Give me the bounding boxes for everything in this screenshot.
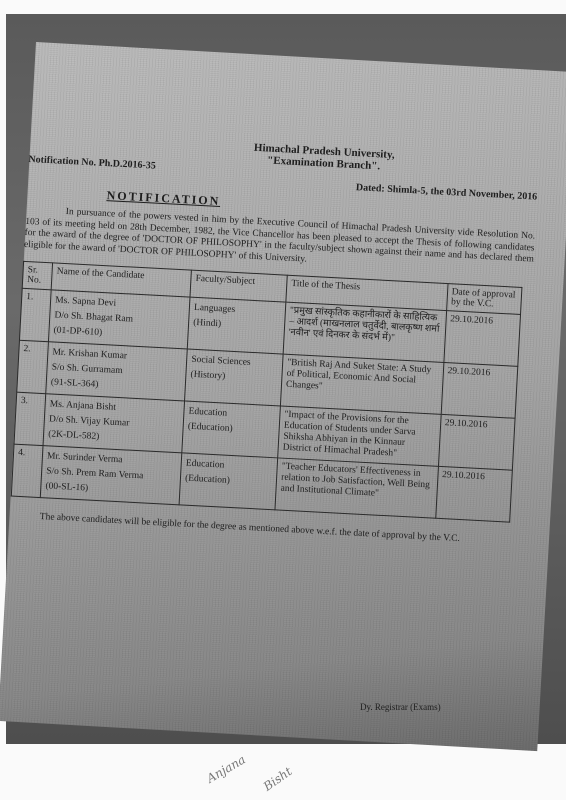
approval-date: 29.10.2016 bbox=[441, 362, 518, 418]
thesis-title: "Teacher Educators' Effectiveness in rel… bbox=[275, 458, 438, 518]
approval-date: 29.10.2016 bbox=[438, 414, 515, 470]
header-sr-no: Sr. No. bbox=[22, 261, 52, 289]
thesis-title: "प्रमुख सांस्कृतिक कहानीकारों के साहित्य… bbox=[283, 302, 446, 362]
signatory-designation: Dy. Registrar (Exams) bbox=[360, 702, 441, 712]
candidates-table: Sr. No. Name of the Candidate Faculty/Su… bbox=[11, 261, 523, 523]
subject: (Education) bbox=[185, 472, 273, 492]
subject: (Education) bbox=[187, 420, 275, 440]
handwritten-signature: Bisht bbox=[261, 764, 295, 793]
handwritten-signature: Anjana bbox=[204, 752, 248, 785]
subject: (History) bbox=[190, 368, 278, 388]
notification-document: Himachal Pradesh University, "Examinatio… bbox=[10, 130, 560, 548]
approval-date: 29.10.2016 bbox=[435, 466, 512, 522]
subject: (Hindi) bbox=[193, 316, 281, 336]
approval-date: 29.10.2016 bbox=[443, 311, 520, 367]
header-date: Date of approval by the V.C. bbox=[446, 284, 522, 315]
thesis-title: "British Raj And Suket State: A Study of… bbox=[280, 354, 443, 414]
thesis-title: "Impact of the Provisions for the Educat… bbox=[278, 406, 441, 466]
